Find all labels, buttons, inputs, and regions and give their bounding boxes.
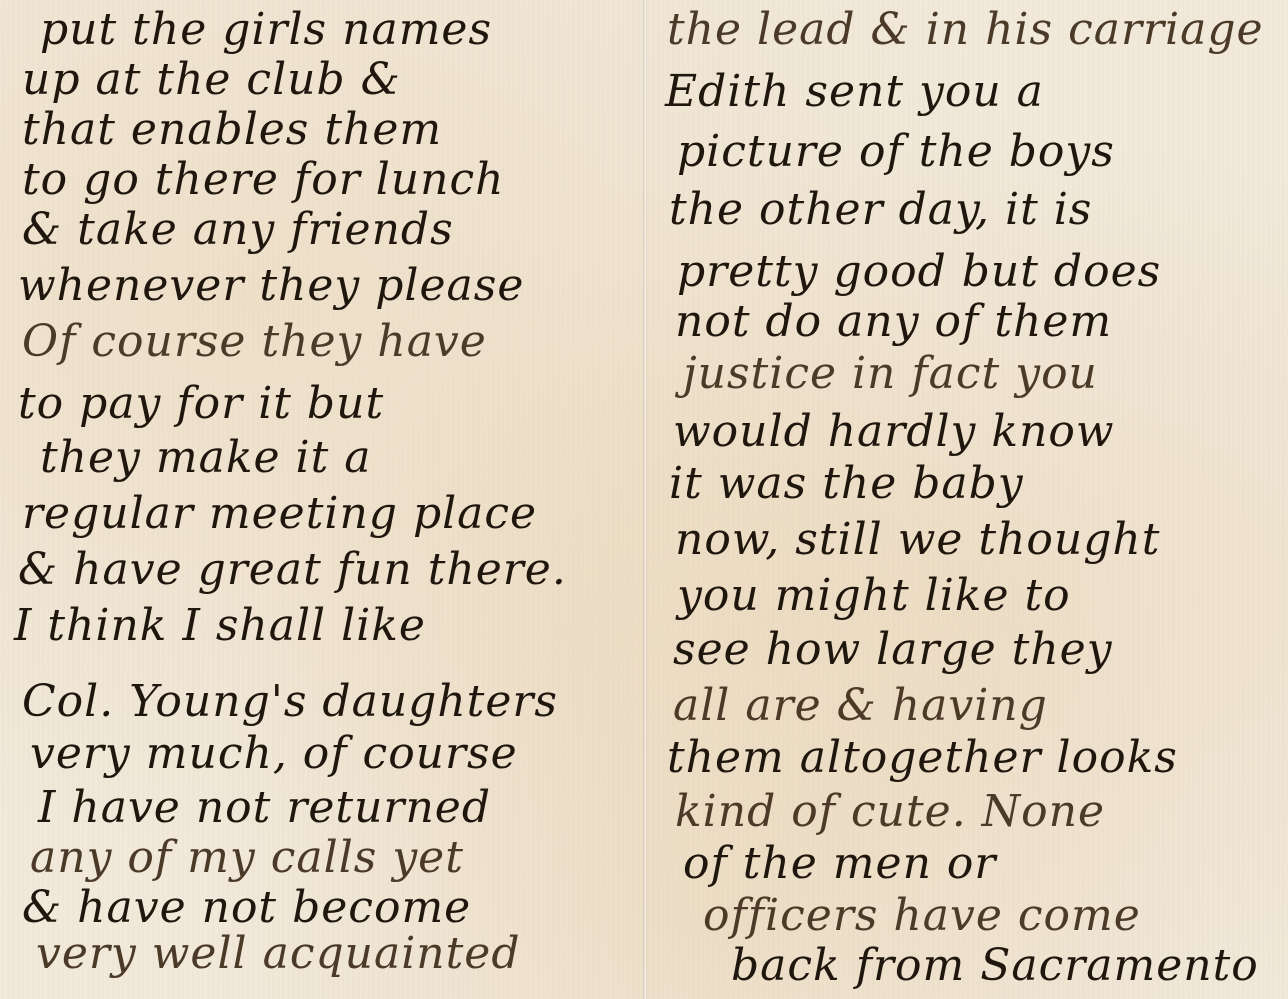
handwritten-line: to pay for it but (18, 382, 384, 426)
handwritten-line: whenever they please (18, 264, 524, 308)
handwritten-line: kind of cute. None (675, 790, 1105, 834)
handwritten-line: see how large they (673, 628, 1113, 672)
handwritten-line: they make it a (40, 436, 372, 480)
handwritten-line: justice in fact you (683, 352, 1098, 396)
letter-sheet: put the girls names up at the club & tha… (0, 0, 1288, 999)
handwritten-line: any of my calls yet (30, 836, 464, 880)
handwritten-line: I think I shall like (14, 604, 426, 648)
left-page: put the girls names up at the club & tha… (0, 0, 643, 999)
handwritten-line: Edith sent you a (665, 70, 1044, 114)
handwritten-line: & take any friends (22, 208, 454, 252)
handwritten-line: all are & having (673, 684, 1048, 728)
handwritten-line: the lead & in his carriage (667, 8, 1264, 52)
handwritten-line: picture of the boys (677, 130, 1115, 174)
handwritten-line: pretty good but does (677, 250, 1161, 294)
handwritten-line: & have great fun there. (18, 548, 567, 592)
handwritten-line: Of course they have (22, 320, 487, 364)
handwritten-line: back from Sacramento (731, 944, 1259, 988)
right-page: the lead & in his carriage Edith sent yo… (647, 0, 1288, 999)
handwritten-line: Col. Young's daughters (22, 680, 558, 724)
handwritten-line: that enables them (22, 108, 442, 152)
handwritten-line: put the girls names (40, 8, 492, 52)
handwritten-line: I have not returned (38, 786, 491, 830)
handwritten-line: now, still we thought (675, 518, 1160, 562)
handwritten-line: very much, of course (30, 732, 518, 776)
handwritten-line: the other day, it is (669, 188, 1092, 232)
handwritten-line: would hardly know (673, 410, 1115, 454)
handwritten-line: very well acquainted (36, 932, 521, 976)
handwritten-line: you might like to (677, 574, 1071, 618)
handwritten-line: officers have come (703, 894, 1141, 938)
handwritten-line: to go there for lunch (22, 158, 504, 202)
handwritten-line: it was the baby (669, 462, 1024, 506)
handwritten-line: not do any of them (675, 300, 1112, 344)
handwritten-line: of the men or (683, 842, 996, 886)
handwritten-line: up at the club & (22, 58, 401, 102)
handwritten-line: regular meeting place (22, 492, 537, 536)
handwritten-line: them altogether looks (667, 736, 1178, 780)
handwritten-line: & have not become (22, 886, 471, 930)
